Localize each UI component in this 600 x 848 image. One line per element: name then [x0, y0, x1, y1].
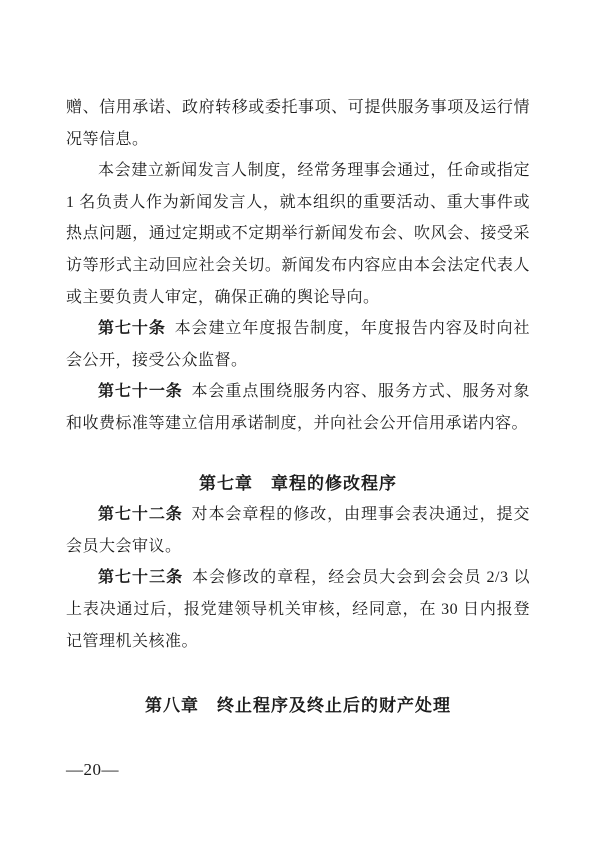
paragraph-news-spokesperson: 本会建立新闻发言人制度，经常务理事会通过，任命或指定 1 名负责人作为新闻发言人…	[66, 155, 530, 313]
paragraph-continuation: 赠、信用承诺、政府转移或委托事项、可提供服务事项及运行情况等信息。	[66, 92, 530, 155]
document-page: 赠、信用承诺、政府转移或委托事项、可提供服务事项及运行情况等信息。 本会建立新闻…	[0, 0, 600, 722]
article-70-label: 第七十条	[98, 320, 166, 337]
paragraph-article-72: 第七十二条对本会章程的修改，由理事会表决通过，提交会员大会审议。	[66, 499, 530, 562]
article-72-label: 第七十二条	[98, 506, 183, 523]
paragraph-article-71: 第七十一条本会重点围绕服务内容、服务方式、服务对象和收费标准等建立信用承诺制度，…	[66, 376, 530, 439]
article-73-label: 第七十三条	[98, 569, 183, 586]
paragraph-article-70: 第七十条本会建立年度报告制度，年度报告内容及时向社会公开，接受公众监督。	[66, 313, 530, 376]
page-number: —20—	[66, 760, 119, 780]
chapter-7-heading: 第七章 章程的修改程序	[66, 468, 530, 500]
paragraph-text: 赠、信用承诺、政府转移或委托事项、可提供服务事项及运行情况等信息。	[66, 99, 530, 148]
paragraph-text: 本会建立新闻发言人制度，经常务理事会通过，任命或指定 1 名负责人作为新闻发言人…	[66, 162, 530, 305]
paragraph-article-73: 第七十三条本会修改的章程，经会员大会到会会员 2/3 以上表决通过后，报党建领导…	[66, 562, 530, 657]
chapter-8-heading: 第八章 终止程序及终止后的财产处理	[66, 690, 530, 722]
article-71-label: 第七十一条	[98, 383, 183, 400]
